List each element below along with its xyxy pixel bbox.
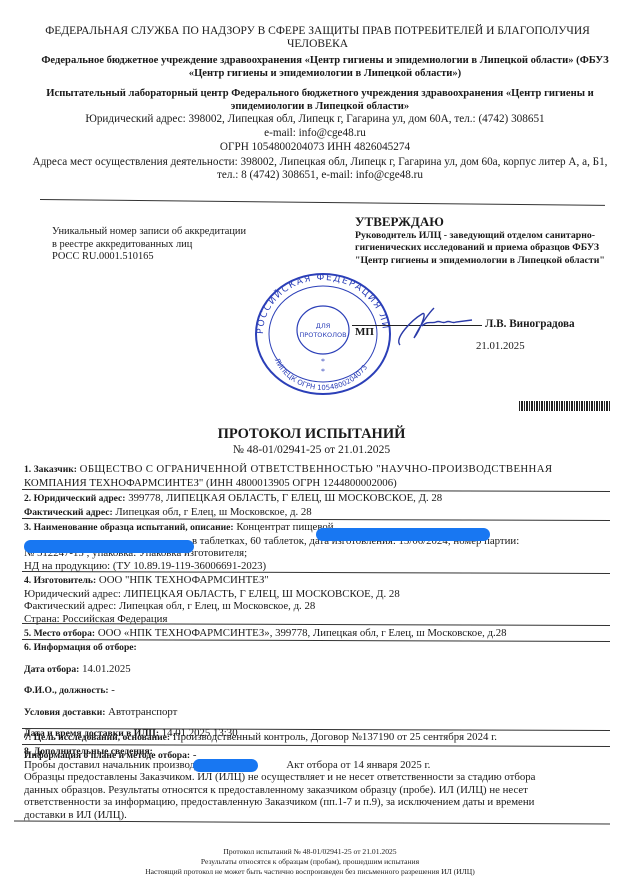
signature-icon xyxy=(392,300,482,350)
section-purpose: 7. Цель исследований, основание: Произво… xyxy=(24,731,609,745)
sampling-date-value: 14.01.2025 xyxy=(82,663,131,675)
manufacturer-legal-address: Юридический адрес: ЛИПЕЦКАЯ ОБЛАСТЬ, Г Е… xyxy=(24,588,609,601)
divider-8 xyxy=(14,820,610,824)
agency-title: ФЕДЕРАЛЬНАЯ СЛУЖБА ПО НАДЗОРУ В СФЕРЕ ЗА… xyxy=(40,25,595,51)
barcode xyxy=(519,401,611,411)
additional-line-2: Образцы предоставлены Заказчиком. ИЛ (ИЛ… xyxy=(24,771,609,784)
manufacturer-label: 4. Изготовитель: xyxy=(24,575,96,586)
additional-line-1-end: Акт отбора от 14 января 2025 г. xyxy=(286,759,430,771)
approval-position: Руководитель ИЛЦ - заведующий отделом са… xyxy=(355,230,605,267)
additional-line-4: ответственности за информацию, предостав… xyxy=(24,796,609,809)
purpose-label: 7. Цель исследований, основание: xyxy=(24,732,170,743)
ogrn-inn: ОГРН 1054800204073 ИНН 4826045274 xyxy=(20,141,610,154)
svg-text:*: * xyxy=(321,357,325,366)
accreditation-line-1: Уникальный номер записи об аккредитации xyxy=(52,226,246,239)
fio-value: - xyxy=(111,684,115,696)
svg-text:*: * xyxy=(321,367,325,376)
accreditation-block: Уникальный номер записи об аккредитации … xyxy=(52,226,246,264)
accreditation-number: РОСС RU.0001.510165 xyxy=(52,251,246,264)
redaction-product-name-1 xyxy=(316,528,490,541)
fact-address-label: Фактический адрес: xyxy=(24,507,113,518)
sampling-place-value: ООО «НПК ТЕХНОФАРМСИНТЕЗ», 399778, Липец… xyxy=(98,627,507,639)
approval-block: УТВЕРЖДАЮ Руководитель ИЛЦ - заведующий … xyxy=(355,214,605,267)
section-additional-info: 8. Дополнительные сведения: Пробы достав… xyxy=(24,746,609,821)
redaction-product-name-2 xyxy=(24,540,194,553)
delivery-conditions-value: Автотранспорт xyxy=(108,706,177,718)
footer-line-1: Протокол испытаний № 48-01/02941-25 от 2… xyxy=(100,847,520,857)
section-customer: 1. Заказчик: ОБЩЕСТВО С ОГРАНИЧЕННОЙ ОТВ… xyxy=(24,463,609,489)
section-legal-address: 2. Юридический адрес: 399778, ЛИПЕЦКАЯ О… xyxy=(24,492,609,519)
accreditation-line-2: в реестре аккредитованных лиц xyxy=(52,239,246,252)
manufacturer-value: ООО "НПК ТЕХНОФАРМСИНТЕЗ" xyxy=(99,574,269,586)
header-divider xyxy=(40,199,605,206)
additional-info-label: 8. Дополнительные сведения: xyxy=(24,746,609,759)
mp-mark: МП xyxy=(355,326,374,338)
approval-date: 21.01.2025 xyxy=(476,340,525,352)
legal-address: Юридический адрес: 398002, Липецкая обл,… xyxy=(20,113,610,126)
additional-line-1-start: Пробы доставил начальник производства xyxy=(24,759,214,771)
fio-label: Ф.И.О., должность: xyxy=(24,685,109,696)
section-manufacturer: 4. Изготовитель: ООО "НПК ТЕХНОФАРМСИНТЕ… xyxy=(24,574,609,625)
sampling-info-label: 6. Информация об отборе: xyxy=(24,642,609,655)
delivery-conditions-label: Условия доставки: xyxy=(24,707,105,718)
signer-name: Л.В. Виноградова xyxy=(485,318,575,330)
approval-title: УТВЕРЖДАЮ xyxy=(355,214,605,230)
additional-line-5: доставки в ИЛ (ИЛЦ). xyxy=(24,809,609,822)
additional-line-3: данных образцов. Результаты относятся к … xyxy=(24,784,609,797)
customer-value-2: КОМПАНИЯ ТЕХНОФАРМСИНТЕЗ" (ИНН 480001390… xyxy=(24,477,609,490)
footer-line-2: Результаты относятся к образцам (пробам)… xyxy=(100,857,520,867)
legal-address-value: 399778, ЛИПЕЦКАЯ ОБЛАСТЬ, Г ЕЛЕЦ, Ш МОСК… xyxy=(128,492,442,504)
legal-address-label: 2. Юридический адрес: xyxy=(24,493,125,504)
email: e-mail: info@cge48.ru xyxy=(20,127,610,140)
customer-value-1: ОБЩЕСТВО С ОГРАНИЧЕННОЙ ОТВЕТСТВЕННОСТЬЮ… xyxy=(80,463,553,475)
sample-label: 3. Наименование образца испытаний, описа… xyxy=(24,522,234,533)
sample-line-4: НД на продукцию: (ТУ 10.89.19-119-360066… xyxy=(24,560,609,573)
purpose-value: Производственный контроль, Договор №1371… xyxy=(173,731,497,743)
sampling-place-label: 5. Место отбора: xyxy=(24,628,95,639)
manufacturer-fact-address: Фактический адрес: Липецкая обл, г Елец,… xyxy=(24,600,609,613)
institution-name: Федеральное бюджетное учреждение здравоо… xyxy=(30,54,620,80)
sampling-date-label: Дата отбора: xyxy=(24,664,79,675)
lab-center-name: Испытательный лабораторный центр Федерал… xyxy=(40,87,600,113)
stamp-center-1: ДЛЯ xyxy=(316,322,330,330)
customer-label: 1. Заказчик: xyxy=(24,464,77,475)
stamp-center-2: ПРОТОКОЛОВ xyxy=(299,331,346,339)
protocol-number: № 48-01/02941-25 от 21.01.2025 xyxy=(0,443,623,456)
footer-line-3: Настоящий протокол не может быть частичн… xyxy=(100,867,520,877)
signature xyxy=(392,300,482,350)
protocol-title: ПРОТОКОЛ ИСПЫТАНИЙ xyxy=(0,426,623,443)
fact-address-value: Липецкая обл, г Елец, ш Московское, д. 2… xyxy=(115,506,311,518)
footer: Протокол испытаний № 48-01/02941-25 от 2… xyxy=(100,847,520,877)
activity-address: Адреса мест осуществления деятельности: … xyxy=(30,156,610,182)
redaction-person-name xyxy=(193,759,258,772)
